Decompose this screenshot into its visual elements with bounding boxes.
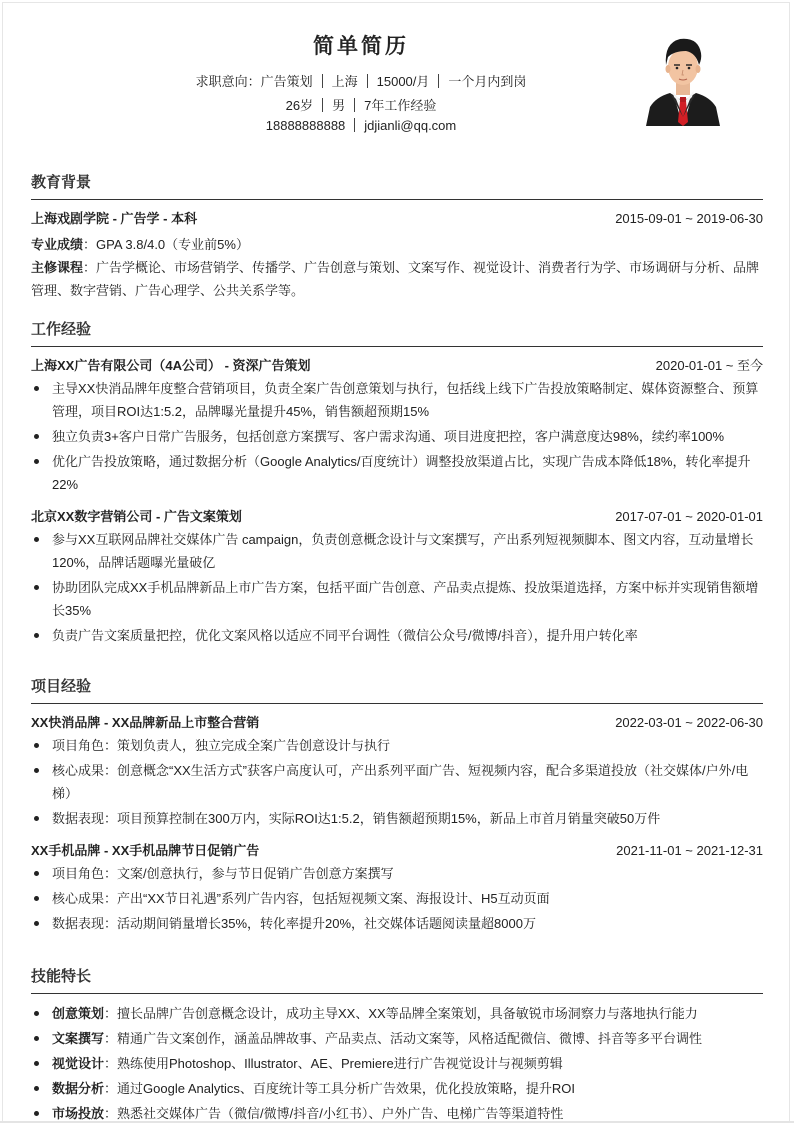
bullet-icon [34,1086,39,1091]
courses-value: ：广告学概论、市场营销学、传播学、广告创意与策划、文案写作、视觉设计、消费者行为… [31,260,759,298]
section-title-education: 教育背景 [31,172,763,194]
skill-text: ：通过Google Analytics、百度统计等工具分析广告效果，优化投放策略… [104,1081,575,1096]
skill-text: ：熟练使用Photoshop、Illustrator、AE、Premiere进行… [104,1056,563,1071]
bullet-icon [34,386,39,391]
bullet-text: 优化广告投放策略，通过数据分析（Google Analytics/百度统计）调整… [52,454,750,492]
job-header: 上海XX广告有限公司（4A公司） - 资深广告策划 2020-01-01 ~ 至… [31,355,763,377]
age: 26岁 [286,98,313,113]
project-bullets: 项目角色：文案/创意执行，参与节日促销广告创意方案撰写 核心成果：产出“XX节日… [31,862,763,935]
avatar-illustration-icon [640,27,726,126]
job-header: 北京XX数字营销公司 - 广告文案策划 2017-07-01 ~ 2020-01… [31,506,763,528]
school-degree: 上海戏剧学院 - 广告学 - 本科 [31,211,197,226]
skill-label: 数据分析 [52,1081,104,1096]
divider [438,74,439,88]
job-date: 2020-01-01 ~ 至今 [656,355,763,377]
project-entry: XX快消品牌 - XX品牌新品上市整合营销 2022-03-01 ~ 2022-… [31,712,763,830]
section-title-skills: 技能特长 [31,966,763,988]
list-item: 负责广告文案质量把控，优化文案风格以适应不同平台调性（微信公众号/微博/抖音），… [31,624,763,647]
bullet-icon [34,768,39,773]
experience-years: 7年工作经验 [364,98,436,113]
project-date: 2021-11-01 ~ 2021-12-31 [616,840,763,862]
bullet-text: 数据表现：项目预算控制在300万内，实际ROI达1:5.2，销售额超预期15%，… [52,811,660,826]
divider [322,98,323,112]
project-name: XX快消品牌 - XX品牌新品上市整合营销 [31,715,259,730]
project-entry: XX手机品牌 - XX手机品牌节日促销广告 2021-11-01 ~ 2021-… [31,840,763,935]
skill-item: 视觉设计：熟练使用Photoshop、Illustrator、AE、Premie… [31,1052,763,1075]
list-item: 主导XX快消品牌年度整合营销项目，负责全案广告创意策划与执行，包括线上线下广告投… [31,377,763,423]
bullet-icon [34,1111,39,1116]
job-bullets: 主导XX快消品牌年度整合营销项目，负责全案广告创意策划与执行，包括线上线下广告投… [31,377,763,496]
job-entry: 北京XX数字营销公司 - 广告文案策划 2017-07-01 ~ 2020-01… [31,506,763,647]
personal-info-line: 26岁男7年工作经验 [31,95,691,114]
skill-label: 市场投放 [52,1106,104,1121]
divider [354,98,355,112]
bullet-text: 主导XX快消品牌年度整合营销项目，负责全案广告创意策划与执行，包括线上线下广告投… [52,381,758,419]
project-date: 2022-03-01 ~ 2022-06-30 [615,712,763,734]
bullet-icon [34,1061,39,1066]
bullet-text: 负责广告文案质量把控，优化文案风格以适应不同平台调性（微信公众号/微博/抖音），… [52,628,638,643]
divider [322,74,323,88]
job-intent: 求职意向：广告策划 [196,74,313,89]
phone: 18888888888 [266,118,346,133]
email: jdjianli@qq.com [364,118,456,133]
skill-text: ：精通广告文案创作，涵盖品牌故事、产品卖点、活动文案等，风格适配微信、微博、抖音… [104,1031,702,1046]
bullet-text: 核心成果：产出“XX节日礼遇”系列广告内容，包括短视频文案、海报设计、H5互动页… [52,891,550,906]
list-item: 数据表现：活动期间销量增长35%，转化率提升20%，社交媒体话题阅读量超8000… [31,912,763,935]
list-item: 独立负责3+客户日常广告服务，包括创意方案撰写、客户需求沟通、项目进度把控，客户… [31,425,763,448]
bullet-text: 数据表现：活动期间销量增长35%，转化率提升20%，社交媒体话题阅读量超8000… [52,916,536,931]
job-date: 2017-07-01 ~ 2020-01-01 [615,506,763,528]
job-company-title: 上海XX广告有限公司（4A公司） - 资深广告策划 [31,358,311,373]
list-item: 数据表现：项目预算控制在300万内，实际ROI达1:5.2，销售额超预期15%，… [31,807,763,830]
job-company-title: 北京XX数字营销公司 - 广告文案策划 [31,509,242,524]
project-bullets: 项目角色：策划负责人，独立完成全案广告创意设计与执行 核心成果：创意概念“XX生… [31,734,763,830]
section-title-work: 工作经验 [31,319,763,341]
list-item: 项目角色：策划负责人，独立完成全案广告创意设计与执行 [31,734,763,757]
project-name: XX手机品牌 - XX手机品牌节日促销广告 [31,843,259,858]
section-title-projects: 项目经验 [31,676,763,698]
education-section: 教育背景 上海戏剧学院 - 广告学 - 本科 2015-09-01 ~ 2019… [31,172,763,302]
bullet-text: 参与XX互联网品牌社交媒体广告 campaign，负责创意概念设计与文案撰写，产… [52,532,753,570]
bullet-icon [34,816,39,821]
bullet-icon [34,743,39,748]
bullet-text: 项目角色：文案/创意执行，参与节日促销广告创意方案撰写 [52,866,394,881]
list-item: 核心成果：产出“XX节日礼遇”系列广告内容，包括短视频文案、海报设计、H5互动页… [31,887,763,910]
divider [367,74,368,88]
skill-text: ：擅长品牌广告创意概念设计，成功主导XX、XX等品牌全案策划，具备敏锐市场洞察力… [104,1006,698,1021]
list-item: 项目角色：文案/创意执行，参与节日促销广告创意方案撰写 [31,862,763,885]
skill-item: 数据分析：通过Google Analytics、百度统计等工具分析广告效果，优化… [31,1077,763,1100]
bullet-icon [34,434,39,439]
gpa-label: 专业成绩 [31,237,83,252]
bullet-icon [34,459,39,464]
bullet-icon [34,633,39,638]
skills-list: 创意策划：擅长品牌广告创意概念设计，成功主导XX、XX等品牌全案策划，具备敏锐市… [31,1002,763,1123]
skill-item: 市场投放：熟悉社交媒体广告（微信/微博/抖音/小红书）、户外广告、电梯广告等渠道… [31,1102,763,1123]
gpa-value: ：GPA 3.8/4.0（专业前5%） [83,237,249,252]
work-section: 工作经验 上海XX广告有限公司（4A公司） - 资深广告策划 2020-01-0… [31,319,763,649]
bullet-text: 协助团队完成XX手机品牌新品上市广告方案，包括平面广告创意、产品卖点提炼、投放渠… [52,580,758,618]
skill-item: 文案撰写：精通广告文案创作，涵盖品牌故事、产品卖点、活动文案等，风格适配微信、微… [31,1027,763,1050]
skill-label: 创意策划 [52,1006,104,1021]
resume-title: 简单简历 [31,30,691,60]
list-item: 优化广告投放策略，通过数据分析（Google Analytics/百度统计）调整… [31,450,763,496]
courses-line: 主修课程：广告学概论、市场营销学、传播学、广告创意与策划、文案写作、视觉设计、消… [31,256,763,302]
resume-content: 简单简历 求职意向：广告策划上海15000/月一个月内到岗 26岁男7年工作经验… [31,0,763,150]
projects-section: 项目经验 XX快消品牌 - XX品牌新品上市整合营销 2022-03-01 ~ … [31,676,763,937]
bullet-text: 核心成果：创意概念“XX生活方式”获客户高度认可，产出系列平面广告、短视频内容，… [52,763,748,801]
project-header: XX快消品牌 - XX品牌新品上市整合营销 2022-03-01 ~ 2022-… [31,712,763,734]
bullet-icon [34,921,39,926]
bullet-icon [34,896,39,901]
city: 上海 [332,74,358,89]
skills-section: 技能特长 创意策划：擅长品牌广告创意概念设计，成功主导XX、XX等品牌全案策划，… [31,966,763,1123]
gpa-line: 专业成绩：GPA 3.8/4.0（专业前5%） [31,233,763,256]
education-date: 2015-09-01 ~ 2019-06-30 [615,208,763,230]
skill-label: 视觉设计 [52,1056,104,1071]
job-bullets: 参与XX互联网品牌社交媒体广告 campaign，负责创意概念设计与文案撰写，产… [31,528,763,647]
bullet-icon [34,1036,39,1041]
bullet-icon [34,585,39,590]
bullet-icon [34,871,39,876]
bullet-text: 项目角色：策划负责人，独立完成全案广告创意设计与执行 [52,738,390,753]
gender: 男 [332,98,345,113]
job-entry: 上海XX广告有限公司（4A公司） - 资深广告策划 2020-01-01 ~ 至… [31,355,763,496]
skill-text: ：熟悉社交媒体广告（微信/微博/抖音/小红书）、户外广告、电梯广告等渠道特性 [104,1106,563,1121]
availability: 一个月内到岗 [448,74,526,89]
project-header: XX手机品牌 - XX手机品牌节日促销广告 2021-11-01 ~ 2021-… [31,840,763,862]
education-entry-header: 上海戏剧学院 - 广告学 - 本科 2015-09-01 ~ 2019-06-3… [31,208,763,230]
skill-item: 创意策划：擅长品牌广告创意概念设计，成功主导XX、XX等品牌全案策划，具备敏锐市… [31,1002,763,1025]
contact-line: 18888888888jdjianli@qq.com [31,118,691,133]
salary: 15000/月 [377,74,430,89]
bullet-icon [34,1011,39,1016]
divider [354,118,355,132]
avatar-photo [640,27,726,126]
bullet-icon [34,537,39,542]
list-item: 核心成果：创意概念“XX生活方式”获客户高度认可，产出系列平面广告、短视频内容，… [31,759,763,805]
resume-header: 简单简历 求职意向：广告策划上海15000/月一个月内到岗 26岁男7年工作经验… [31,0,763,150]
courses-label: 主修课程 [31,260,83,275]
skill-label: 文案撰写 [52,1031,104,1046]
list-item: 协助团队完成XX手机品牌新品上市广告方案，包括平面广告创意、产品卖点提炼、投放渠… [31,576,763,622]
bullet-text: 独立负责3+客户日常广告服务，包括创意方案撰写、客户需求沟通、项目进度把控，客户… [52,429,724,444]
job-intent-line: 求职意向：广告策划上海15000/月一个月内到岗 [31,71,691,90]
list-item: 参与XX互联网品牌社交媒体广告 campaign，负责创意概念设计与文案撰写，产… [31,528,763,574]
